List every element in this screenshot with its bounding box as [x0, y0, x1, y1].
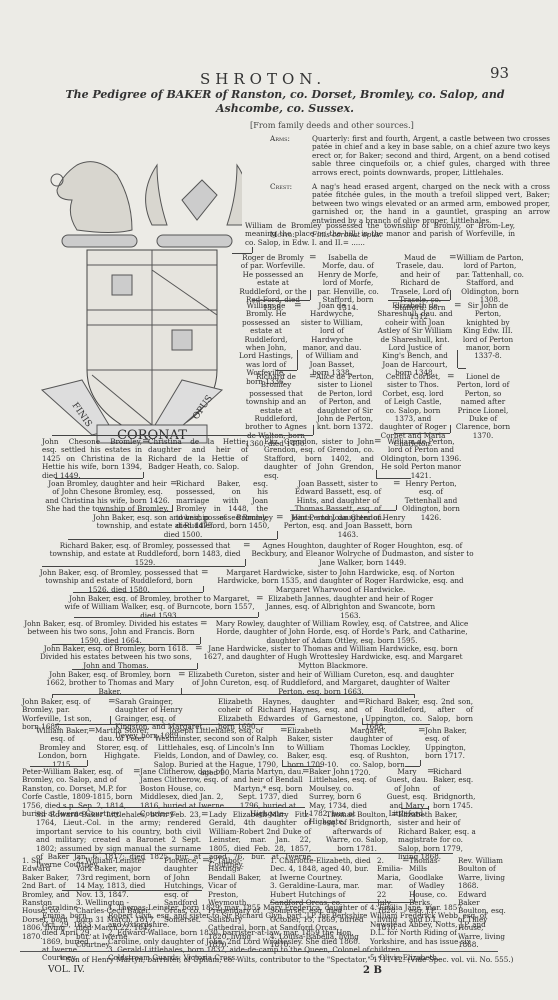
person-lionel-perton: Lionel de Perton, lord of Perton, so nam… [454, 373, 512, 440]
page-number: 93 [490, 64, 509, 82]
person-margaret-hardwicke: Margaret Hardwicke, sister to John Hardw… [208, 569, 473, 594]
footnote-rule [20, 951, 498, 952]
person-william-baker-1715: William Baker, esq. of Bromley and Londo… [35, 727, 90, 769]
person-john-baker-1662: John Baker, esq. of Bromley, born 1662, … [40, 671, 180, 696]
crest-text: A nag's head erased argent, charged on t… [312, 183, 550, 225]
person-elizabeth-baker-1709: Elizabeth Baker, sister to William Baker… [287, 727, 342, 769]
person-william-perton-oldington: William de Perton, lord of Perton and Ol… [380, 438, 462, 480]
signature-mark: 2 B [363, 965, 382, 976]
running-title: SHROTON. [200, 70, 326, 88]
person-elizabeth-jannes: Elizabeth Jannes, daughter and heir of R… [263, 595, 438, 620]
person-john-baker-1526: John Baker, esq. of Bromley, possessed t… [35, 569, 203, 594]
person-joan-perton: Joan Perton, daughter of Henry Perton, e… [283, 514, 413, 539]
footnote: * Son of Henry Martyn, barrister, of Uph… [60, 955, 530, 964]
person-alice-perton: Alice de Perton, sister to Lionel de Per… [316, 373, 374, 432]
person-elizabeth-cureton: Elizabeth Cureton, sister and heir of Wi… [185, 671, 457, 696]
person-elizabeth-shareshull: Elizabeth de Shareshull, dau. and coheir… [376, 302, 454, 378]
person-john-baker-1590: John Baker, esq. of Bromley. Divided his… [20, 620, 202, 645]
person-john-baker-1618: John Baker, esq. of Bromley, born 1618. … [35, 645, 197, 670]
person-william-de-bromley: William de Bromley possessed the townshi… [245, 222, 515, 247]
person-richard-baker-1483: Richard Baker, esq. of Bromley, possesse… [45, 542, 245, 567]
person-agnes-houghton: Agnes Houghton, daughter of Roger Hought… [250, 542, 475, 567]
person-joan-hardwyche: Joan de Hardwyche, sister to William, lo… [300, 302, 364, 378]
person-jane-hardwicke: Jane Hardwicke, sister to Thomas and Wil… [202, 645, 464, 670]
arms-text: Quarterly: first and fourth, Argent, a c… [312, 135, 550, 177]
person-john-baker-1717: John Baker, esq. of Uppington, born 1717… [425, 727, 473, 761]
person-christina: Christina de la Hettie, daughter and hei… [148, 438, 248, 472]
source-note: [From family deeds and other sources.] [250, 120, 414, 130]
volume-label: VOL. IV. [48, 965, 85, 975]
person-john-chesone: John Chesone Bromley, esq. settled his e… [42, 438, 142, 480]
person-eliz-grendon: Eliz. Grendon, sister to John Grendon, e… [264, 438, 374, 480]
person-john-perton: Sir John de Perton, knighted by King Edw… [460, 302, 516, 361]
coat-of-arms-icon: CORONAT FINIS OPUS [22, 150, 242, 450]
person-john-baker-1450: John Baker, esq. son and heir, possessed… [88, 514, 278, 539]
person-william-parton: William de Parton, lord of Parton, par. … [456, 254, 524, 304]
person-martha-storer: Martha Storer, dau. of Peter Storer, esq… [94, 727, 150, 761]
crest-label: Crest: [270, 183, 312, 225]
person-richard-baker-1745: Richard Baker, esq. of Bridgnorth, born … [433, 768, 478, 810]
person-joan-bromley: Joan Bromley, daughter and heir of John … [45, 480, 170, 514]
person-thomas-boulton: Thomas Boulton, esq. of Bridgnorth, afte… [322, 811, 392, 853]
pedigree-title: The Pedigree of BAKER of Ranston, co. Do… [60, 88, 510, 116]
person-mary-rowley: Mary Rowley, daughter of William Rowley,… [206, 620, 478, 645]
arms-label: Arms: [270, 135, 312, 177]
